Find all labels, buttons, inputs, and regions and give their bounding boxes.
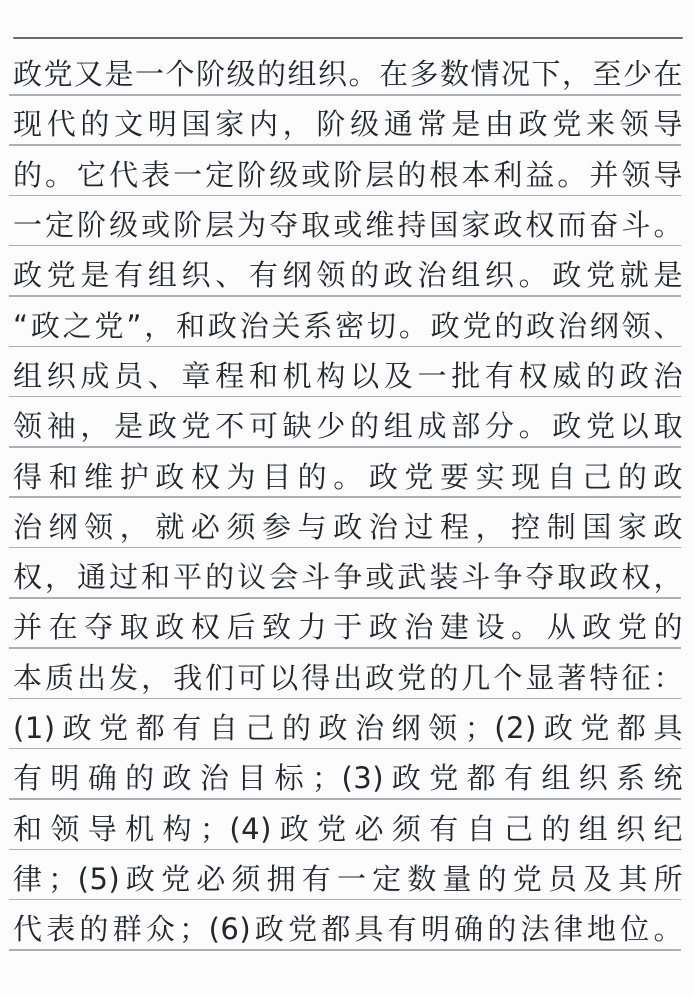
ruled-line [9,295,681,297]
ruled-line [9,245,681,247]
ruled-line [9,496,681,498]
handwritten-line-text: 领袖，是政党不可缺少的组成部分。政党以取 [13,410,683,443]
ruled-line [9,647,681,649]
handwritten-line: “政之党”，和政治关系密切。政党的政治纲领、 [13,299,683,347]
handwritten-line-text: 权，通过和平的议会斗争或武装斗争夺取政权， [13,561,683,594]
handwritten-line-text: 政党是有组织、有纲领的政治组织。政党就是 [13,259,683,292]
handwritten-line: (1)政党都有自己的政治纲领；(2)政党都具 [13,701,683,749]
handwritten-line: 权，通过和平的议会斗争或武装斗争夺取政权， [13,551,683,599]
ruled-line [9,748,681,750]
handwritten-line: 的。它代表一定阶级或阶层的根本利益。并领导 [13,148,683,196]
notebook-page: 政党又是一个阶级的组织。在多数情况下，至少在现代的文明国家内，阶级通常是由政党来… [0,0,694,996]
handwritten-line-text: 有明确的政治目标；(3)政党都有组织系统 [13,762,683,795]
ruled-line [9,698,681,700]
handwritten-line: 律；(5)政党必须拥有一定数量的党员及其所 [13,852,683,900]
handwritten-line-text: 的。它代表一定阶级或阶层的根本利益。并领导 [13,159,683,192]
handwritten-line: 和领导机构；(4)政党必须有自己的组织纪 [13,802,683,850]
handwritten-line: 有明确的政治目标；(3)政党都有组织系统 [13,752,683,800]
handwritten-line-text: 政党又是一个阶级的组织。在多数情况下，至少在 [13,58,683,91]
ruled-line [9,949,681,951]
ruled-line [9,597,681,599]
handwritten-line: 治纲领，就必须参与政治过程，控制国家政 [13,500,683,548]
handwritten-line-text: “政之党”，和政治关系密切。政党的政治纲领、 [13,310,683,343]
handwritten-line-text: 一定阶级或阶层为夺取或维持国家政权而奋斗。 [13,209,683,242]
handwritten-line: 政党是有组织、有纲领的政治组织。政党就是 [13,249,683,297]
handwritten-line-text: 代表的群众；(6)政党都具有明确的法律地位。 [13,913,683,946]
ruled-line [9,144,681,146]
handwritten-line-text: 本质出发，我们可以得出政党的几个显著特征： [13,662,683,695]
ruled-line [9,547,681,549]
handwritten-text-block: 政党又是一个阶级的组织。在多数情况下，至少在现代的文明国家内，阶级通常是由政党来… [0,0,694,996]
ruled-line [9,446,681,448]
ruled-line [9,849,681,851]
handwritten-line: 组织成员、章程和机构以及一批有权威的政治 [13,349,683,397]
handwritten-line: 政党又是一个阶级的组织。在多数情况下，至少在 [13,48,683,96]
handwritten-line-text: 律；(5)政党必须拥有一定数量的党员及其所 [13,863,683,896]
ruled-line [9,798,681,800]
handwritten-line: 本质出发，我们可以得出政党的几个显著特征： [13,651,683,699]
handwritten-line-text: 和领导机构；(4)政党必须有自己的组织纪 [13,813,683,846]
handwritten-line: 代表的群众；(6)政党都具有明确的法律地位。 [13,903,683,951]
handwritten-line-text: 现代的文明国家内，阶级通常是由政党来领导 [13,108,683,141]
ruled-line [9,195,681,197]
ruled-line [9,899,681,901]
handwritten-line-text: 并在夺取政权后致力于政治建设。从政党的 [13,611,683,644]
handwritten-line-text: 治纲领，就必须参与政治过程，控制国家政 [13,511,683,544]
handwritten-line: 领袖，是政党不可缺少的组成部分。政党以取 [13,400,683,448]
handwritten-line-text: (1)政党都有自己的政治纲领；(2)政党都具 [13,712,683,745]
handwritten-line: 一定阶级或阶层为夺取或维持国家政权而奋斗。 [13,198,683,246]
ruled-line [9,396,681,398]
handwritten-line: 得和维护政权为目的。政党要实现自己的政 [13,450,683,498]
ruled-line [9,94,681,96]
ruled-line [9,346,681,348]
handwritten-line-text: 组织成员、章程和机构以及一批有权威的政治 [13,360,683,393]
handwritten-line: 现代的文明国家内，阶级通常是由政党来领导 [13,98,683,146]
handwritten-line-text: 得和维护政权为目的。政党要实现自己的政 [13,461,683,494]
handwritten-line: 并在夺取政权后致力于政治建设。从政党的 [13,601,683,649]
